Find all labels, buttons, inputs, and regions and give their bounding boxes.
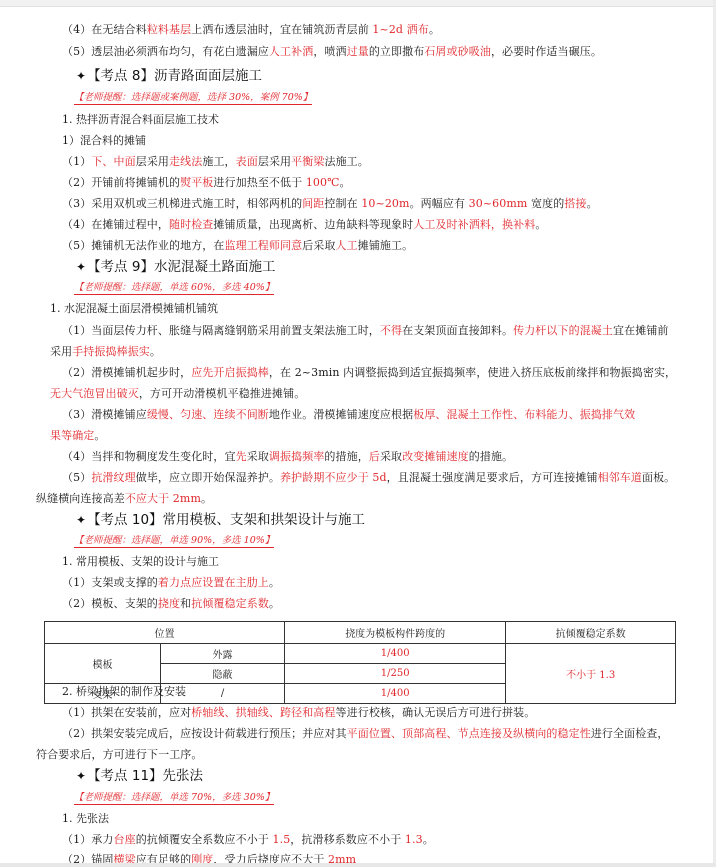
list-item: （4）在摊铺过程中，随时检查摊铺质量，出现离析、边角缺料等现象时人工及时补洒料，… bbox=[62, 218, 546, 232]
body-text: 层采用 bbox=[258, 155, 291, 168]
viewer-top-edge bbox=[0, 0, 716, 7]
table-header-cell: 抗倾覆稳定系数 bbox=[506, 622, 676, 644]
body-text: 。 bbox=[94, 429, 105, 442]
body-text: 的立即撒布 bbox=[369, 45, 425, 58]
highlight-text: 板厚、混凝土工作性、布料能力、振捣排气效 bbox=[413, 408, 635, 421]
highlight-text: 搭接 bbox=[564, 197, 586, 210]
highlight-text: 1~2d 洒布 bbox=[372, 23, 428, 36]
highlight-text: 台座 bbox=[114, 833, 136, 846]
table-cell-sub: 隐蔽 bbox=[161, 664, 285, 684]
viewer-bottom-edge bbox=[0, 863, 716, 867]
body-text: ，且混凝土强度满足要求后，方可连接摊铺 bbox=[387, 471, 598, 484]
highlight-text: 下、中面 bbox=[91, 155, 135, 168]
subheading: 2. 桥梁拱架的制作及安装 bbox=[62, 685, 186, 699]
table-header-row: 位置 挠度为模板构件跨度的 抗倾覆稳定系数 bbox=[45, 622, 676, 644]
body-text: 上洒布透层油时，宜在铺筑沥青层前 bbox=[191, 23, 372, 36]
body-text: 宜在摊铺前 bbox=[613, 324, 669, 337]
body-text: ，方可开动滑模机平稳推进摊铺。 bbox=[139, 387, 306, 400]
body-text: （1）支架或支撑的 bbox=[62, 576, 158, 589]
highlight-text: 30~60mm bbox=[469, 197, 528, 210]
subheading: 1. 水泥混凝土面层滑模摊铺机铺筑 bbox=[50, 302, 218, 316]
body-text: 地作业。滑模摊铺速度应根据 bbox=[269, 408, 413, 421]
list-item: （3）滑模摊铺应缓慢、匀速、连续不间断地作业。滑模摊铺速度应根据板厚、混凝土工作… bbox=[62, 408, 635, 422]
body-text: 等进行校核，确认无误后方可进行拼装。 bbox=[336, 706, 536, 719]
body-text: 符合要求后，方可进行下一工序。 bbox=[36, 748, 203, 761]
highlight-text: 粒料基层 bbox=[147, 23, 191, 36]
highlight-text: 应先开启振捣棒 bbox=[191, 366, 269, 379]
body-text: ，必要时作适当碾压。 bbox=[491, 45, 602, 58]
body-text: （2）模板、支架的 bbox=[62, 597, 158, 610]
body-text: 。两幅应有 bbox=[410, 197, 469, 210]
body-text: ，抗滑移系数应不小于 bbox=[290, 833, 405, 846]
teacher-tip: 【老师提醒：选择题或案例题，选择 30%，案例 70%】 bbox=[74, 92, 312, 105]
list-item-continuation: 符合要求后，方可进行下一工序。 bbox=[36, 748, 203, 762]
body-text: 的措施， bbox=[324, 450, 368, 463]
body-text: 的措施。 bbox=[469, 450, 513, 463]
section-heading-10: ✦【考点 10】常用模板、支架和拱架设计与施工 bbox=[76, 511, 365, 529]
section-title: 【考点 11】先张法 bbox=[87, 768, 203, 784]
highlight-text: 1.5 bbox=[273, 833, 291, 846]
list-item: （2）开铺前将摊铺机的熨平板进行加热至不低于 100℃。 bbox=[62, 176, 351, 190]
body-text: 采取 bbox=[380, 450, 402, 463]
teacher-tip: 【老师提醒：选择题，单选 90%，多选 10%】 bbox=[74, 535, 274, 548]
body-text: （5）透层油必须洒布均匀，有花白遗漏应 bbox=[62, 45, 269, 58]
highlight-text: 平面位置、顶部高程、节点连接及纵横向的稳定性 bbox=[347, 727, 591, 740]
subheading: 1）混合料的摊铺 bbox=[62, 134, 146, 148]
list-item: （2）滑模摊铺机起步时，应先开启振捣棒，在 2~3min 内调整振捣到适宜振捣频… bbox=[62, 366, 676, 380]
list-item: （2）模板、支架的挠度和抗倾覆稳定系数。 bbox=[62, 597, 280, 611]
body-text: 采取 bbox=[247, 450, 269, 463]
diamond-bullet-icon: ✦ bbox=[76, 769, 86, 783]
highlight-text: 人工补洒 bbox=[269, 45, 313, 58]
section-title: 【考点 9】水泥混凝土路面施工 bbox=[87, 259, 275, 275]
teacher-tip: 【老师提醒：选择题，单选 60%，多选 40%】 bbox=[74, 282, 274, 295]
teacher-tip: 【老师提醒：选择题，单选 70%，多选 30%】 bbox=[74, 792, 274, 805]
body-text: （1） bbox=[62, 155, 91, 168]
list-item-continuation: 纵缝横向连接高差不应大于 2mm。 bbox=[36, 492, 212, 506]
highlight-text: 10~20m bbox=[361, 197, 409, 210]
body-text: ，在 2~3min 内调整振捣到适宜振捣频率，使进入挤压底板前缘拌和物振捣密实， bbox=[269, 366, 676, 379]
diamond-bullet-icon: ✦ bbox=[76, 260, 86, 274]
body-text: 。 bbox=[423, 833, 434, 846]
body-text: 。 bbox=[201, 492, 212, 505]
list-item-continuation: 无大气泡冒出破灭，方可开动滑模机平稳推进摊铺。 bbox=[50, 387, 305, 401]
list-item: （1）当面层传力杆、胀缝与隔离缝钢筋采用前置支架法施工时，不得在支架顶面直接卸料… bbox=[62, 324, 669, 338]
body-text: （3）滑模摊铺应 bbox=[62, 408, 147, 421]
body-text: 做毕，应立即开始保湿养护。 bbox=[136, 471, 280, 484]
highlight-text: 平衡梁 bbox=[291, 155, 324, 168]
highlight-text: 走线法 bbox=[169, 155, 202, 168]
list-item: （1）承力台座的抗倾覆安全系数应不小于 1.5，抗滑移系数应不小于 1.3。 bbox=[62, 833, 434, 847]
paragraph-tack-coat-4: （4）在无结合料粒料基层上洒布透层油时，宜在铺筑沥青层前 1~2d 洒布。 bbox=[62, 23, 440, 37]
highlight-text: 熨平板 bbox=[180, 176, 213, 189]
highlight-text: 相邻车道 bbox=[598, 471, 642, 484]
list-item: （1）支架或支撑的着力点应设置在主肋上。 bbox=[62, 576, 280, 590]
body-text: 。 bbox=[150, 345, 161, 358]
list-item: （1）拱架在安装前，应对桥轴线、拱轴线、跨径和高程等进行校核，确认无误后方可进行… bbox=[62, 706, 535, 720]
highlight-text: 过量 bbox=[347, 45, 369, 58]
highlight-text: 手持振捣棒振实 bbox=[72, 345, 150, 358]
body-text: 摊铺施工。 bbox=[358, 239, 414, 252]
body-text: 在支架顶面直接卸料。 bbox=[402, 324, 513, 337]
highlight-text: 人工及时补洒料，换补料 bbox=[413, 218, 535, 231]
highlight-text: 调振捣频率 bbox=[269, 450, 325, 463]
body-text: 宽度的 bbox=[527, 197, 564, 210]
body-text: 。 bbox=[587, 197, 598, 210]
list-item: （4）当拌和物稠度发生变化时，宜先采取调振捣频率的措施，后采取改变摊铺速度的措施… bbox=[62, 450, 513, 464]
list-item: （1）下、中面层采用走线法施工，表面层采用平衡梁法施工。 bbox=[62, 155, 369, 169]
table-cell-group: 模板 bbox=[45, 644, 161, 684]
section-heading-11: ✦【考点 11】先张法 bbox=[76, 767, 203, 785]
body-text: 。 bbox=[429, 23, 440, 36]
highlight-text: 抗倾覆稳定系数 bbox=[191, 597, 269, 610]
body-text: 。 bbox=[340, 176, 351, 189]
highlight-text: 先 bbox=[236, 450, 247, 463]
highlight-text: 监理工程师同意 bbox=[225, 239, 303, 252]
list-item: （2）拱架安装完成后，应按设计荷载进行预压；并应对其平面位置、顶部高程、节点连接… bbox=[62, 727, 669, 741]
body-text: （4）当拌和物稠度发生变化时，宜 bbox=[62, 450, 236, 463]
body-text: 后采取 bbox=[302, 239, 335, 252]
body-text: （3）采用双机或三机梯进式施工时，相邻两机的 bbox=[62, 197, 302, 210]
body-text: 。 bbox=[269, 576, 280, 589]
body-text: （1）承力 bbox=[62, 833, 114, 846]
body-text: 面板。 bbox=[642, 471, 675, 484]
table-cell-deflection: 1/400 bbox=[285, 684, 506, 704]
list-item: （5）摊铺机无法作业的地方，在监理工程师同意后采取人工摊铺施工。 bbox=[62, 239, 413, 253]
section-heading-8: ✦【考点 8】沥青路面面层施工 bbox=[76, 67, 262, 85]
highlight-text: 传力杆以下的混凝土 bbox=[513, 324, 613, 337]
list-item-continuation: 果等确定。 bbox=[50, 429, 106, 443]
body-text: 。 bbox=[269, 597, 280, 610]
body-text: 。 bbox=[535, 218, 546, 231]
body-text: （5）摊铺机无法作业的地方，在 bbox=[62, 239, 225, 252]
highlight-text: 挠度 bbox=[158, 597, 180, 610]
section-title: 【考点 8】沥青路面面层施工 bbox=[87, 68, 262, 84]
highlight-text: 抗滑纹理 bbox=[91, 471, 135, 484]
body-text: 进行加热至不低于 bbox=[213, 176, 305, 189]
body-text: （2）滑模摊铺机起步时， bbox=[62, 366, 191, 379]
diamond-bullet-icon: ✦ bbox=[76, 69, 86, 83]
highlight-text: 养护龄期不应少于 5d bbox=[280, 471, 387, 484]
table-cell-stability: 不小于 1.3 bbox=[506, 644, 676, 704]
body-text: 和 bbox=[180, 597, 191, 610]
highlight-text: 不应大于 2mm bbox=[125, 492, 201, 505]
highlight-text: 改变摊铺速度 bbox=[402, 450, 469, 463]
diamond-bullet-icon: ✦ bbox=[76, 513, 86, 527]
body-text: 控制在 bbox=[324, 197, 361, 210]
body-text: （2）拱架安装完成后，应按设计荷载进行预压；并应对其 bbox=[62, 727, 347, 740]
table-cell-deflection: 1/400 bbox=[285, 644, 506, 664]
list-item: （5）抗滑纹理做毕，应立即开始保湿养护。养护龄期不应少于 5d，且混凝土强度满足… bbox=[62, 471, 675, 485]
table-header-cell: 位置 bbox=[45, 622, 285, 644]
table-cell-deflection: 1/250 bbox=[285, 664, 506, 684]
body-text: （4）在摊铺过程中， bbox=[62, 218, 169, 231]
body-text: 法施工。 bbox=[324, 155, 368, 168]
highlight-text: 不得 bbox=[380, 324, 402, 337]
body-text: 进行全面检查， bbox=[591, 727, 669, 740]
body-text: ，喷洒 bbox=[313, 45, 346, 58]
section-heading-9: ✦【考点 9】水泥混凝土路面施工 bbox=[76, 258, 275, 276]
highlight-text: 石屑或砂吸油 bbox=[424, 45, 491, 58]
body-text: （5） bbox=[62, 471, 91, 484]
highlight-text: 着力点应设置在主肋上 bbox=[158, 576, 269, 589]
section-title: 【考点 10】常用模板、支架和拱架设计与施工 bbox=[87, 512, 365, 528]
highlight-text: 表面 bbox=[236, 155, 258, 168]
list-item-continuation: 采用手持振捣棒振实。 bbox=[50, 345, 161, 359]
highlight-text: 缓慢、匀速、连续不间断 bbox=[147, 408, 269, 421]
table-header-cell: 挠度为模板构件跨度的 bbox=[285, 622, 506, 644]
body-text: （1）拱架在安装前，应对 bbox=[62, 706, 191, 719]
list-item: （3）采用双机或三机梯进式施工时，相邻两机的间距控制在 10~20m。两幅应有 … bbox=[62, 197, 598, 211]
subheading: 1. 先张法 bbox=[62, 812, 109, 826]
table-cell-sub: 外露 bbox=[161, 644, 285, 664]
highlight-text: 1.3 bbox=[405, 833, 423, 846]
highlight-text: 后 bbox=[369, 450, 380, 463]
highlight-text: 桥轴线、拱轴线、跨径和高程 bbox=[191, 706, 335, 719]
body-text: 纵缝横向连接高差 bbox=[36, 492, 125, 505]
table-row: 模板 外露 1/400 不小于 1.3 bbox=[45, 644, 676, 664]
body-text: 层采用 bbox=[136, 155, 169, 168]
body-text: 采用 bbox=[50, 345, 72, 358]
highlight-text: 无大气泡冒出破灭 bbox=[50, 387, 139, 400]
body-text: 的抗倾覆安全系数应不小于 bbox=[136, 833, 273, 846]
highlight-text: 随时检查 bbox=[169, 218, 213, 231]
body-text: （2）开铺前将摊铺机的 bbox=[62, 176, 180, 189]
body-text: （1）当面层传力杆、胀缝与隔离缝钢筋采用前置支架法施工时， bbox=[62, 324, 380, 337]
body-text: 施工， bbox=[202, 155, 235, 168]
highlight-text: 果等确定 bbox=[50, 429, 94, 442]
highlight-text: 间距 bbox=[302, 197, 324, 210]
paragraph-tack-coat-5: （5）透层油必须洒布均匀，有花白遗漏应人工补洒，喷洒过量的立即撒布石屑或砂吸油，… bbox=[62, 45, 602, 59]
subheading: 1. 热拌沥青混合料面层施工技术 bbox=[62, 113, 219, 127]
highlight-text: 100℃ bbox=[306, 176, 340, 189]
subheading: 1. 常用模板、支架的设计与施工 bbox=[62, 555, 219, 569]
highlight-text: 人工 bbox=[336, 239, 358, 252]
body-text: （4）在无结合料 bbox=[62, 23, 147, 36]
body-text: 摊铺质量，出现离析、边角缺料等现象时 bbox=[213, 218, 413, 231]
